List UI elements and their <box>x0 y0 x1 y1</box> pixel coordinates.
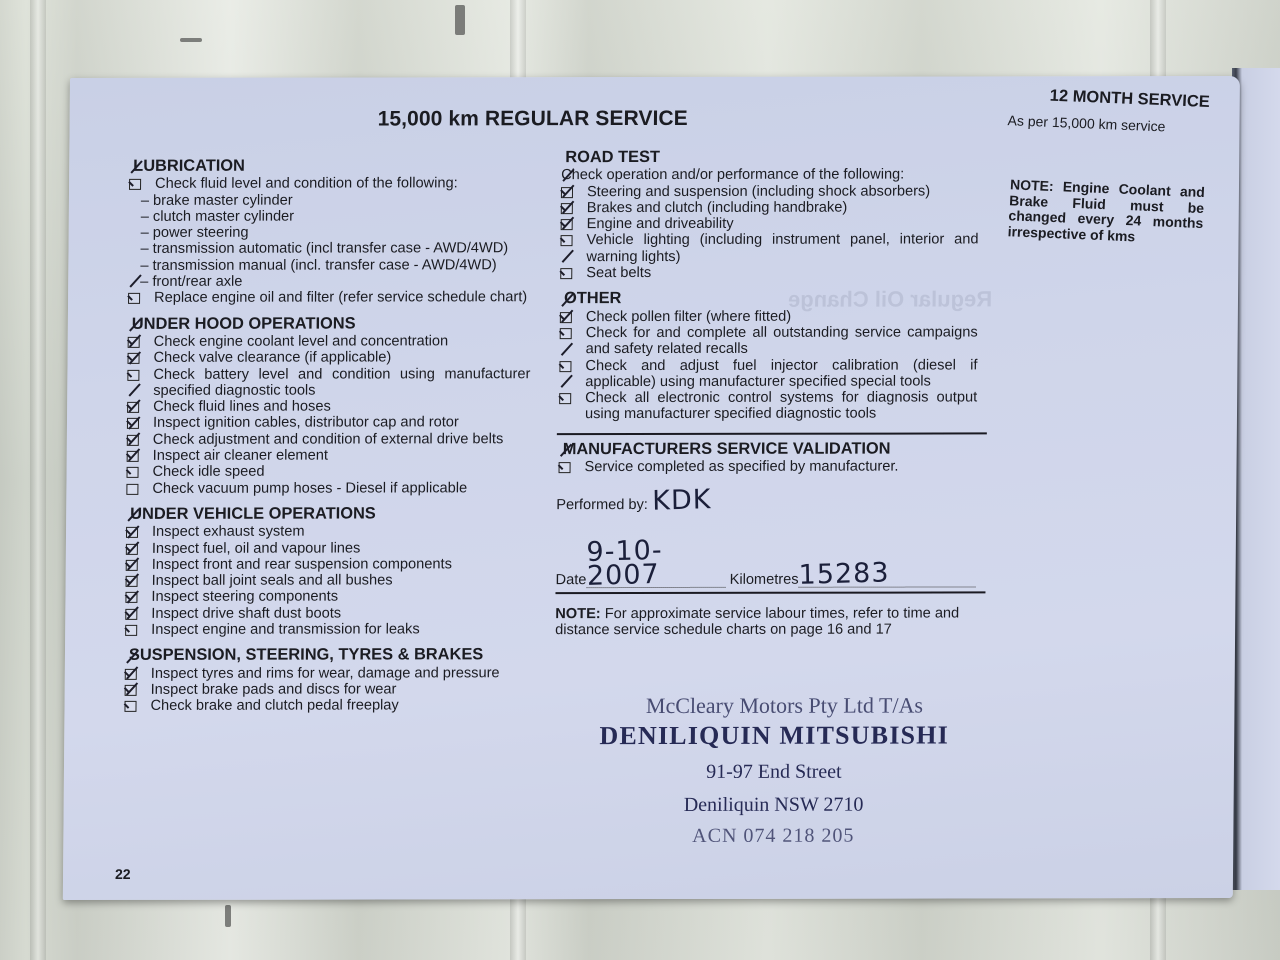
stamp-dealer-name: DENILIQUIN MITSUBISHI <box>554 720 994 751</box>
checklist-item: Brakes and clutch (including handbrake) <box>559 199 979 216</box>
page-title: 15,000 km REGULAR SERVICE <box>378 107 688 132</box>
item-text: Brakes and clutch (including handbrake) <box>587 199 979 216</box>
sub-item: – transmission manual (incl. transfer ca… <box>126 257 531 274</box>
checkbox-checked-icon[interactable] <box>125 625 137 636</box>
item-text: Inspect air cleaner element <box>153 447 530 464</box>
twelve-month-subheading: As per 15,000 km service <box>1007 112 1210 136</box>
item-text: Inspect ignition cables, distributor cap… <box>153 415 530 432</box>
page-number: 22 <box>115 866 131 882</box>
surface-mark <box>180 38 202 42</box>
item-text: Inspect front and rear suspension compon… <box>152 556 529 573</box>
checklist-item: Check fluid level and condition of the f… <box>127 175 532 192</box>
date-km-row: Date 9-10-2007 Kilometres 15283 <box>556 539 976 589</box>
item-text: Check all electronic control systems for… <box>585 390 977 423</box>
booklet-spine-edge <box>1232 68 1280 890</box>
item-text: Inspect fuel, oil and vapour lines <box>152 540 529 557</box>
item-text: Steering and suspension (including shock… <box>587 183 979 200</box>
checkbox-checked-icon[interactable] <box>127 369 139 380</box>
service-booklet-page: Regular Oil Change 15,000 km REGULAR SER… <box>63 76 1240 900</box>
checkbox-checked-icon[interactable] <box>560 328 572 339</box>
date-label: Date <box>556 572 587 588</box>
km-value: 15283 <box>798 562 889 589</box>
sub-item: – power steering <box>127 224 532 241</box>
sub-item: – clutch master cylinder <box>127 208 532 225</box>
labour-times-note: NOTE: For approximate service labour tim… <box>555 606 975 639</box>
checklist-item: Check brake and clutch pedal freeplay <box>122 697 527 714</box>
checkbox-checked-icon[interactable] <box>129 179 141 190</box>
divider <box>557 432 987 435</box>
item-text: Replace engine oil and filter (refer ser… <box>154 290 531 307</box>
checklist-item: Service completed as specified by manufa… <box>557 458 977 475</box>
divider <box>555 592 985 595</box>
section-other: OTHER Check pollen filter (where fitted)… <box>557 290 978 423</box>
stamp-street: 91-97 End Street <box>554 760 994 784</box>
item-text: Inspect engine and transmission for leak… <box>151 621 528 638</box>
item-text: Check valve clearance (if applicable) <box>153 349 530 366</box>
checkbox-checked-icon[interactable] <box>124 701 136 712</box>
date-value: 9-10-2007 <box>586 537 726 589</box>
checklist-item: Inspect air cleaner element <box>125 447 530 464</box>
checklist-item: Seat belts <box>558 264 978 281</box>
section-lubrication: LUBRICATION Check fluid level and condit… <box>126 157 532 306</box>
section-heading: UNDER VEHICLE OPERATIONS <box>130 505 529 522</box>
checklist-item: Check valve clearance (if applicable) <box>125 349 530 366</box>
checklist-item: Inspect brake pads and discs for wear <box>123 681 528 698</box>
item-text: Inspect drive shaft dust boots <box>151 605 528 622</box>
checklist-item: Vehicle lighting (including instrument p… <box>558 232 978 265</box>
section-heading: UNDER HOOD OPERATIONS <box>132 315 531 332</box>
checklist-item: Check idle speed <box>124 464 529 481</box>
section-heading: OTHER <box>564 290 978 307</box>
note-label: NOTE: <box>555 606 601 622</box>
item-text: Inspect exhaust system <box>152 523 529 540</box>
checklist-item: Check pollen filter (where fitted) <box>558 308 978 325</box>
middle-column: ROAD TEST Check operation and/or perform… <box>555 148 979 647</box>
surface-mark <box>225 905 231 927</box>
checklist-item: Check adjustment and condition of extern… <box>125 431 530 448</box>
checkbox-checked-icon[interactable] <box>559 361 571 372</box>
performed-by-signature[interactable]: KDK <box>652 488 712 514</box>
item-text: Check for and complete all outstanding s… <box>586 324 978 357</box>
checklist-item: Inspect front and rear suspension compon… <box>124 556 529 573</box>
checkbox-checked-icon[interactable] <box>128 293 140 304</box>
section-heading: ROAD TEST <box>565 148 979 165</box>
checklist-item: Check all electronic control systems for… <box>557 390 977 423</box>
item-text: Inspect tyres and rims for wear, damage … <box>151 665 528 682</box>
checklist-item: Check engine coolant level and concentra… <box>126 333 531 350</box>
checklist-item: Check and adjust fuel injector calibrati… <box>557 357 977 390</box>
section-heading: SUSPENSION, STEERING, TYRES & BRAKES <box>129 647 528 664</box>
section-road-test: ROAD TEST Check operation and/or perform… <box>558 148 979 281</box>
section-validation: MANUFACTURERS SERVICE VALIDATION Service… <box>555 440 977 638</box>
stamp-company: McCleary Motors Pty Ltd T/As <box>574 692 994 719</box>
item-text: Check and adjust fuel injector calibrati… <box>585 357 977 390</box>
item-text: Check fluid lines and hoses <box>153 398 530 415</box>
item-text: Check vacuum pump hoses - Diesel if appl… <box>152 480 529 497</box>
performed-by-label: Performed by: <box>556 497 648 513</box>
item-text: Service completed as specified by manufa… <box>585 458 977 475</box>
checklist-item: Replace engine oil and filter (refer ser… <box>126 290 531 307</box>
checkbox-empty-icon[interactable] <box>126 484 138 495</box>
sub-item: – brake master cylinder <box>127 192 532 209</box>
section-suspension-steering-tyres-brakes: SUSPENSION, STEERING, TYRES & BRAKES Ins… <box>122 647 528 715</box>
item-text: Check idle speed <box>152 464 529 481</box>
checklist-item: Inspect steering components <box>123 589 528 606</box>
item-text: Check adjustment and condition of extern… <box>153 431 530 448</box>
item-text: Inspect steering components <box>151 589 528 606</box>
checklist-item: Inspect tyres and rims for wear, damage … <box>123 665 528 682</box>
checkbox-checked-icon[interactable] <box>561 236 573 247</box>
surface-ridge <box>30 0 46 960</box>
checklist-item: Check vacuum pump hoses - Diesel if appl… <box>124 480 529 497</box>
checklist-item: Check for and complete all outstanding s… <box>558 324 978 357</box>
item-text: Inspect brake pads and discs for wear <box>151 681 528 698</box>
twelve-month-heading: 12 MONTH SERVICE <box>1010 86 1211 110</box>
date-field[interactable]: 9-10-2007 <box>586 539 726 588</box>
checklist-item: Steering and suspension (including shock… <box>559 183 979 200</box>
stamp-acn: ACN 074 218 205 <box>553 824 993 848</box>
item-text: Inspect ball joint seals and all bushes <box>152 572 529 589</box>
checkbox-checked-icon[interactable] <box>559 462 571 473</box>
section-under-vehicle: UNDER VEHICLE OPERATIONS Inspect exhaust… <box>123 505 529 638</box>
checkbox-checked-icon[interactable] <box>560 268 572 279</box>
right-column: 12 MONTH SERVICE As per 15,000 km servic… <box>1009 94 1210 243</box>
km-field[interactable]: 15283 <box>798 563 975 588</box>
section-under-hood: UNDER HOOD OPERATIONS Check engine coola… <box>124 315 531 497</box>
section-heading: LUBRICATION <box>133 157 532 174</box>
section-intro: Check operation and/or performance of th… <box>561 167 979 184</box>
performed-by-row: Performed by: KDK <box>556 489 976 514</box>
checklist-item: Check fluid lines and hoses <box>125 398 530 415</box>
item-text: Check pollen filter (where fitted) <box>586 308 978 325</box>
left-column: LUBRICATION Check fluid level and condit… <box>122 157 532 723</box>
stamp-city: Deniliquin NSW 2710 <box>554 793 994 817</box>
section-heading: MANUFACTURERS SERVICE VALIDATION <box>563 440 977 457</box>
dealer-stamp: McCleary Motors Pty Ltd T/As DENILIQUIN … <box>553 692 994 848</box>
checklist-item: Inspect engine and transmission for leak… <box>123 621 528 638</box>
surface-mark <box>455 5 465 35</box>
item-text: Vehicle lighting (including instrument p… <box>586 232 978 265</box>
item-text: Check fluid level and condition of the f… <box>155 175 532 192</box>
checklist-item: Inspect ignition cables, distributor cap… <box>125 415 530 432</box>
checklist-item: Inspect fuel, oil and vapour lines <box>124 540 529 557</box>
coolant-brake-fluid-note: NOTE: Engine Coolant and Brake Fluid mus… <box>1007 177 1205 247</box>
checklist-item: Check battery level and condition using … <box>125 366 530 399</box>
checkbox-checked-icon[interactable] <box>559 393 571 404</box>
item-text: Engine and driveability <box>587 216 979 233</box>
item-text: Seat belts <box>586 264 978 281</box>
checklist-item: Engine and driveability <box>559 216 979 233</box>
note-text: For approximate service labour times, re… <box>555 606 959 639</box>
checklist-item: Inspect drive shaft dust boots <box>123 605 528 622</box>
item-text: Check engine coolant level and concentra… <box>154 333 531 350</box>
checkbox-checked-icon[interactable] <box>127 467 139 478</box>
item-text: Check brake and clutch pedal freeplay <box>150 697 527 714</box>
checklist-item: Inspect exhaust system <box>124 523 529 540</box>
sub-item: – front/rear axle <box>126 273 531 290</box>
checklist-item: Inspect ball joint seals and all bushes <box>124 572 529 589</box>
km-label: Kilometres <box>730 572 799 588</box>
sub-item: – transmission automatic (incl transfer … <box>126 241 531 258</box>
item-text: Check battery level and condition using … <box>153 366 530 399</box>
